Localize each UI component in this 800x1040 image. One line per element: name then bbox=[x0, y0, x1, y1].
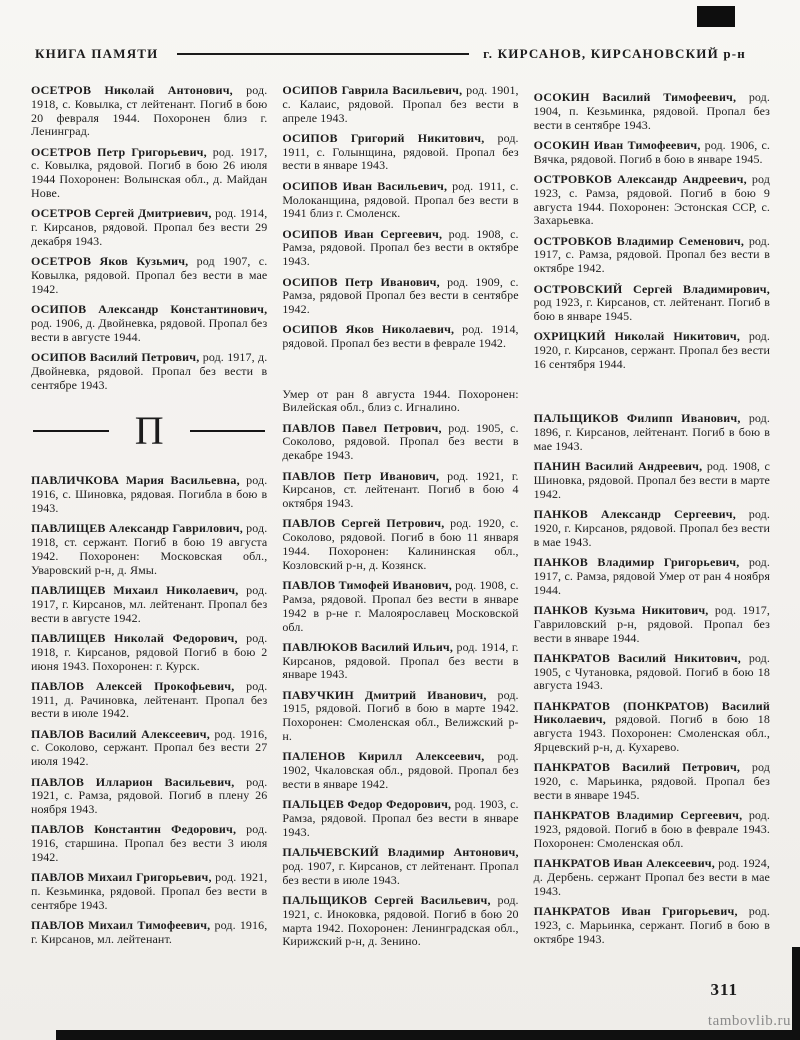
memorial-entry: ОСОКИН Иван Тимофеевич, род. 1906, с. Вя… bbox=[534, 139, 770, 167]
person-name: ОСТРОВКОВ Александр Андреевич, bbox=[534, 172, 747, 186]
person-name: ПАВЛИЧКОВА Мария Васильевна, bbox=[31, 473, 240, 487]
person-name: ОСТРОВСКИЙ Сергей Владимирович, bbox=[534, 282, 770, 296]
column-3-letter-p-entries: ПАЛЬЩИКОВ Филипп Иванович, род. 1896, г.… bbox=[534, 412, 770, 946]
person-name: ОСЕТРОВ Николай Антонович, bbox=[31, 83, 233, 97]
person-name: ПАВЛОВ Василий Алексеевич, bbox=[31, 727, 210, 741]
library-watermark: tambovlib.ru bbox=[708, 1013, 791, 1030]
person-name: ПАВЛОВ Сергей Петрович, bbox=[282, 516, 444, 530]
person-name: ПАВЛОВ Алексей Прокофьевич, bbox=[31, 679, 234, 693]
district-title: г. КИРСАНОВ, КИРСАНОВСКИЙ р-н bbox=[483, 46, 746, 62]
person-name: ПАЛЬЩИКОВ Филипп Иванович, bbox=[534, 411, 741, 425]
memorial-entry: ПАВЛИЩЕВ Михаил Николаевич, род. 1917, г… bbox=[31, 584, 267, 625]
person-name: ОСИПОВ Григорий Никитович, bbox=[282, 131, 484, 145]
column-2-letter-o-entries: ОСИПОВ Гаврила Васильевич, род. 1901, с.… bbox=[282, 84, 518, 351]
person-name: ОСИПОВ Петр Иванович, bbox=[282, 275, 440, 289]
memorial-entry: ПАВЛОВ Михаил Григорьевич, род. 1921, п.… bbox=[31, 871, 267, 912]
memorial-entry: ПАНКОВ Кузьма Никитович, род. 1917, Гавр… bbox=[534, 604, 770, 645]
memorial-entry: ПАВЛОВ Константин Федорович, род. 1916, … bbox=[31, 823, 267, 864]
person-name: ОСИПОВ Иван Сергеевич, bbox=[282, 227, 442, 241]
person-name: ОСИПОВ Александр Константинович, bbox=[31, 302, 267, 316]
memorial-entry: ОСИПОВ Григорий Никитович, род. 1911, с.… bbox=[282, 132, 518, 173]
scan-artifact-top-right bbox=[697, 6, 735, 27]
column-gap bbox=[534, 378, 770, 412]
person-name: ПАНКОВ Александр Сергеевич, bbox=[534, 507, 736, 521]
memorial-entry: ПАВЛОВ Василий Алексеевич, род. 1916, с.… bbox=[31, 728, 267, 769]
person-name: ПАНКРАТОВ Иван Алексеевич, bbox=[534, 856, 715, 870]
memorial-entry: ПАНИН Василий Андреевич, род. 1908, с Ши… bbox=[534, 460, 770, 501]
memorial-entry: ОХРИЦКИЙ Николай Никитович, род. 1920, г… bbox=[534, 330, 770, 371]
person-name: ПАНКРАТОВ Владимир Сергеевич, bbox=[534, 808, 743, 822]
person-name: ПАВЛОВ Тимофей Иванович, bbox=[282, 578, 452, 592]
person-name: ПАВЛОВ Павел Петрович, bbox=[282, 421, 441, 435]
person-name: ПАВЛОВ Константин Федорович, bbox=[31, 822, 236, 836]
memorial-entry: ОСЕТРОВ Сергей Дмитриевич, род. 1914, г.… bbox=[31, 207, 267, 248]
entry-details: род. 1906, д. Двойневка, рядовой. Пропал… bbox=[31, 316, 267, 344]
memorial-entry: ПАВЛОВ Павел Петрович, род. 1905, с. Сок… bbox=[282, 422, 518, 463]
person-name: ОСИПОВ Яков Николаевич, bbox=[282, 322, 454, 336]
memorial-entry: ПАЛЬЩИКОВ Сергей Васильевич, род. 1921, … bbox=[282, 894, 518, 949]
memorial-entry: ПАЛЬЦЕВ Федор Федорович, род. 1903, с. Р… bbox=[282, 798, 518, 839]
column-3-letter-o-entries: ОСОКИН Василий Тимофеевич, род. 1904, п.… bbox=[534, 91, 770, 372]
memorial-entry: Умер от ран 8 августа 1944. Похоронен: В… bbox=[282, 388, 518, 416]
person-name: ПАВЛИЩЕВ Михаил Николаевич, bbox=[31, 583, 238, 597]
header-rule bbox=[177, 53, 470, 55]
memorial-entry: ПАВЛОВ Тимофей Иванович, род. 1908, с. Р… bbox=[282, 579, 518, 634]
memorial-entry: ПАНКОВ Владимир Григорьевич, род. 1917, … bbox=[534, 556, 770, 597]
person-name: ПАВЛОВ Петр Иванович, bbox=[282, 469, 439, 483]
person-name: ПАЛЕНОВ Кирилл Алексеевич, bbox=[282, 749, 484, 763]
person-name: ОХРИЦКИЙ Николай Никитович, bbox=[534, 329, 740, 343]
person-name: ПАВЛОВ Михаил Тимофеевич, bbox=[31, 918, 210, 932]
person-name: ПАВУЧКИН Дмитрий Иванович, bbox=[282, 688, 486, 702]
person-name: ОСЕТРОВ Сергей Дмитриевич, bbox=[31, 206, 212, 220]
memorial-entry: ОСЕТРОВ Яков Кузьмич, род 1907, с. Ковыл… bbox=[31, 255, 267, 296]
page-header: КНИГА ПАМЯТИ г. КИРСАНОВ, КИРСАНОВСКИЙ р… bbox=[35, 46, 746, 62]
person-name: ПАВЛОВ Михаил Григорьевич, bbox=[31, 870, 212, 884]
person-name: ПАЛЬЩИКОВ Сергей Васильевич, bbox=[282, 893, 490, 907]
memorial-entry: ПАВЛОВ Петр Иванович, род. 1921, г. Кирс… bbox=[282, 470, 518, 511]
person-name: ПАНКРАТОВ Иван Григорьевич, bbox=[534, 904, 738, 918]
person-name: ПАВЛИЩЕВ Николай Федорович, bbox=[31, 631, 238, 645]
memorial-entry: ОСИПОВ Иван Сергеевич, род. 1908, с. Рам… bbox=[282, 228, 518, 269]
person-name: ПАВЛЮКОВ Василий Ильич, bbox=[282, 640, 453, 654]
column-1: ОСЕТРОВ Николай Антонович, род. 1918, с.… bbox=[31, 84, 267, 956]
memorial-entry: ОСТРОВКОВ Александр Андреевич, род 1923,… bbox=[534, 173, 770, 228]
person-name: ПАВЛОВ Илларион Васильевич, bbox=[31, 775, 234, 789]
memorial-entry: ПАНКОВ Александр Сергеевич, род. 1920, г… bbox=[534, 508, 770, 549]
memorial-entry: ОСИПОВ Александр Константинович, род. 19… bbox=[31, 303, 267, 344]
memorial-entry: ОСЕТРОВ Петр Григорьевич, род. 1917, с. … bbox=[31, 146, 267, 201]
memorial-entry: ПАНКРАТОВ Василий Никитович, род. 1905, … bbox=[534, 652, 770, 693]
memorial-entry: ПАНКРАТОВ Василий Петрович, род 1920, с.… bbox=[534, 761, 770, 802]
memorial-entry: ПАНКРАТОВ (ПОНКРАТОВ) Василий Николаевич… bbox=[534, 700, 770, 755]
column-1-letter-o-entries: ОСЕТРОВ Николай Антонович, род. 1918, с.… bbox=[31, 84, 267, 392]
person-name: ПАНКРАТОВ Василий Никитович, bbox=[534, 651, 741, 665]
person-name: ПАНКОВ Кузьма Никитович, bbox=[534, 603, 709, 617]
memorial-entry: ОСИПОВ Иван Васильевич, род. 1911, с. Мо… bbox=[282, 180, 518, 221]
scanned-book-page: КНИГА ПАМЯТИ г. КИРСАНОВ, КИРСАНОВСКИЙ р… bbox=[0, 0, 800, 1040]
memorial-entry: ПАВЛОВ Михаил Тимофеевич, род. 1916, г. … bbox=[31, 919, 267, 947]
section-letter: П bbox=[109, 411, 190, 451]
memorial-entry: ОСТРОВСКИЙ Сергей Владимирович, род 1923… bbox=[534, 283, 770, 324]
memorial-entry: ОСИПОВ Василий Петрович, род. 1917, д. Д… bbox=[31, 351, 267, 392]
memorial-entry: ОСИПОВ Гаврила Васильевич, род. 1901, с.… bbox=[282, 84, 518, 125]
column-2-letter-p-entries: Умер от ран 8 августа 1944. Похоронен: В… bbox=[282, 388, 518, 950]
entry-details: род 1923, г. Кирсанов, ст. лейтенант. По… bbox=[534, 295, 770, 323]
person-name: ОСОКИН Василий Тимофеевич, bbox=[534, 90, 737, 104]
memorial-entry: ОСЕТРОВ Николай Антонович, род. 1918, с.… bbox=[31, 84, 267, 139]
page-number: 311 bbox=[710, 980, 738, 1000]
person-name: ОСТРОВКОВ Владимир Семенович, bbox=[534, 234, 744, 248]
scan-artifact-right-bar bbox=[792, 947, 800, 1040]
person-name: ОСЕТРОВ Яков Кузьмич, bbox=[31, 254, 188, 268]
entry-details: Умер от ран 8 августа 1944. Похоронен: В… bbox=[282, 387, 518, 415]
person-name: ПАНКРАТОВ Василий Петрович, bbox=[534, 760, 740, 774]
memorial-entry: ПАВЛОВ Илларион Васильевич, род. 1921, с… bbox=[31, 776, 267, 817]
person-name: ОСИПОВ Иван Васильевич, bbox=[282, 179, 447, 193]
person-name: ПАЛЬЧЕВСКИЙ Владимир Антонович, bbox=[282, 845, 518, 859]
memorial-entry: ПАЛЕНОВ Кирилл Алексеевич, род. 1902, Чк… bbox=[282, 750, 518, 791]
memorial-entry: ОСТРОВКОВ Владимир Семенович, род. 1917,… bbox=[534, 235, 770, 276]
memorial-entry: ОСОКИН Василий Тимофеевич, род. 1904, п.… bbox=[534, 91, 770, 132]
column-3: ОСОКИН Василий Тимофеевич, род. 1904, п.… bbox=[534, 84, 770, 956]
person-name: ОСЕТРОВ Петр Григорьевич, bbox=[31, 145, 207, 159]
section-divider: П bbox=[33, 408, 265, 454]
memorial-entry: ОСИПОВ Петр Иванович, род. 1909, с. Рамз… bbox=[282, 276, 518, 317]
person-name: ПАНИН Василий Андреевич, bbox=[534, 459, 703, 473]
memorial-entry: ПАВЛИЩЕВ Николай Федорович, род. 1918, г… bbox=[31, 632, 267, 673]
memorial-entry: ПАВЛОВ Сергей Петрович, род. 1920, с. Со… bbox=[282, 517, 518, 572]
memorial-entry: ПАВЛИЧКОВА Мария Васильевна, род. 1916, … bbox=[31, 474, 267, 515]
person-name: ПАНКОВ Владимир Григорьевич, bbox=[534, 555, 740, 569]
memorial-entry: ПАНКРАТОВ Иван Алексеевич, род. 1924, д.… bbox=[534, 857, 770, 898]
entry-details: род. 1907, г. Кирсанов, ст лейтенант. Пр… bbox=[282, 859, 518, 887]
memorial-entry: ПАВЛЮКОВ Василий Ильич, род. 1914, г. Ки… bbox=[282, 641, 518, 682]
memorial-entry: ПАНКРАТОВ Владимир Сергеевич, род. 1923,… bbox=[534, 809, 770, 850]
memorial-entry: ПАВЛИЩЕВ Александр Гаврилович, род. 1918… bbox=[31, 522, 267, 577]
book-title: КНИГА ПАМЯТИ bbox=[35, 46, 159, 62]
text-columns: ОСЕТРОВ Николай Антонович, род. 1918, с.… bbox=[31, 84, 770, 956]
memorial-entry: ПАВУЧКИН Дмитрий Иванович, род. 1915, ря… bbox=[282, 689, 518, 744]
memorial-entry: ПАНКРАТОВ Иван Григорьевич, род. 1923, с… bbox=[534, 905, 770, 946]
column-gap bbox=[282, 358, 518, 388]
divider-rule-left bbox=[33, 430, 109, 432]
scan-artifact-bottom-bar bbox=[56, 1030, 800, 1040]
person-name: ПАВЛИЩЕВ Александр Гаврилович, bbox=[31, 521, 243, 535]
memorial-entry: ПАЛЬЧЕВСКИЙ Владимир Антонович, род. 190… bbox=[282, 846, 518, 887]
column-1-letter-p-entries: ПАВЛИЧКОВА Мария Васильевна, род. 1916, … bbox=[31, 474, 267, 946]
column-2: ОСИПОВ Гаврила Васильевич, род. 1901, с.… bbox=[282, 84, 518, 956]
divider-rule-right bbox=[190, 430, 266, 432]
person-name: ПАЛЬЦЕВ Федор Федорович, bbox=[282, 797, 451, 811]
person-name: ОСОКИН Иван Тимофеевич, bbox=[534, 138, 701, 152]
memorial-entry: ОСИПОВ Яков Николаевич, род. 1914, рядов… bbox=[282, 323, 518, 351]
person-name: ОСИПОВ Василий Петрович, bbox=[31, 350, 199, 364]
memorial-entry: ПАЛЬЩИКОВ Филипп Иванович, род. 1896, г.… bbox=[534, 412, 770, 453]
memorial-entry: ПАВЛОВ Алексей Прокофьевич, род. 1911, д… bbox=[31, 680, 267, 721]
person-name: ОСИПОВ Гаврила Васильевич, bbox=[282, 83, 462, 97]
